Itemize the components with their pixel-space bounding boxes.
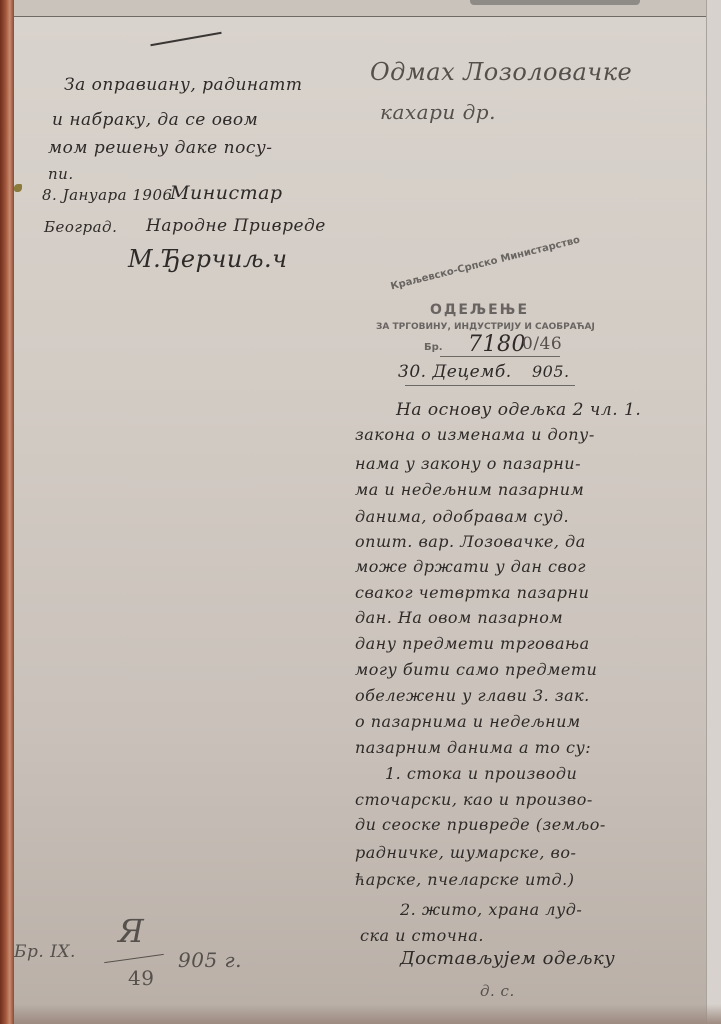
body-line: радничке, шумарске, во- (355, 843, 576, 862)
top-note-line-2: кахари др. (380, 100, 496, 124)
body-line: нама у закону о пазарни- (355, 454, 581, 473)
resolution-date: 8. Јануара 1906 (42, 186, 173, 204)
body-line: дан. На овом пазарном (355, 608, 563, 627)
stamp-year: 905. (532, 362, 570, 381)
body-line: закона о изменама и допу- (355, 425, 595, 444)
body-line: може држати у дан свог (355, 557, 586, 576)
stamp-department-name: ЗА ТРГОВИНУ, ИНДУСТРИЈУ И САОБРАЋАЈ (376, 322, 595, 332)
resolution-line: мом решењу даке посу- (48, 138, 272, 158)
stamp-date: 30. Децемб. (398, 362, 512, 382)
body-line: На основу одељка 2 чл. 1. (396, 400, 641, 420)
bottom-shadow (14, 1004, 721, 1024)
body-line: ћарске, пчеларске итд.) (355, 870, 574, 889)
body-line: 1. стока и производи (385, 764, 577, 783)
stamp-department: ОДЕЉЕЊЕ (430, 302, 529, 318)
body-line: могу бити само предмети (355, 660, 597, 679)
stamp-number-label: Бр. (424, 342, 443, 353)
stamp-date-rule (405, 385, 575, 386)
paper-tab (470, 0, 640, 5)
archive-year: 905 г. (178, 948, 242, 972)
signature-title-2: Народне Привреде (146, 216, 326, 236)
body-line: о пазарнима и недељним (355, 712, 581, 731)
resolution-line: и набраку, да се овом (52, 110, 258, 130)
stamp-number: 7180 (468, 332, 526, 357)
top-note-line-1: Одмах Лозоловачке (370, 58, 632, 86)
closing-line: Достављујем одељку (400, 948, 615, 969)
resolution-place: Београд. (44, 218, 117, 236)
binder-edge (0, 0, 14, 1024)
body-line: обележени у глави 3. зак. (355, 686, 590, 705)
resolution-line: пи. (48, 165, 74, 183)
right-page-edge (706, 0, 721, 1024)
body-line: дану предмети трговања (355, 634, 590, 653)
body-line: сточарски, као и произво- (355, 790, 593, 809)
fraction-bottom: 49 (128, 966, 154, 990)
body-line: ма и недељним пазарним (355, 480, 584, 499)
body-line: општ. вар. Лозовачке, да (355, 532, 586, 551)
body-line: сваког четвртка пазарни (355, 583, 589, 602)
archive-ref: Бр. IX. (14, 942, 76, 962)
minister-signature: М.Ђерчиљ.ч (128, 245, 288, 273)
signature-title-1: Министар (170, 182, 283, 204)
body-line: 2. жито, храна луд- (400, 900, 582, 919)
body-line: пазарним данима а то су: (355, 738, 591, 757)
stamp-number-rule (440, 356, 560, 357)
ink-blot (14, 184, 22, 192)
body-line: ска и сточна. (360, 926, 484, 945)
resolution-line: За оправиану, радинатт (64, 75, 303, 95)
fraction-top: Я (118, 912, 144, 950)
stamp-sub-number: 0/46 (522, 334, 562, 354)
closing-mark: д. с. (480, 982, 515, 1000)
body-line: данима, одобравам суд. (355, 507, 569, 526)
body-line: ди сеоске привреде (земљо- (355, 815, 606, 834)
